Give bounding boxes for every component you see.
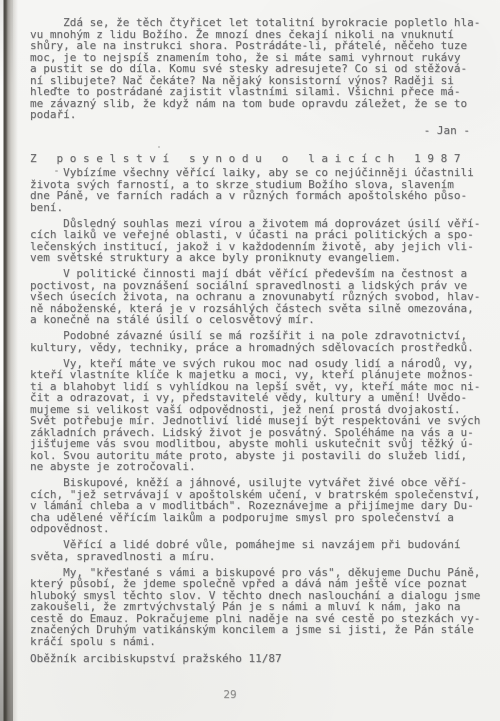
source-citation: Oběžník arcibiskupství pražského 11/87 <box>30 653 496 665</box>
section-heading: Z p o s e l s t v í s y n o d u o l a i … <box>30 153 496 165</box>
paragraph: Vy, kteří máte ve svých rukou moc nad os… <box>30 358 496 473</box>
page-number: 29 <box>0 688 460 701</box>
paragraph: My, "křesťané s vámi a biskupové pro vás… <box>30 567 496 648</box>
paragraph: Biskupové, kněží a jáhnové, usilujte vyt… <box>30 477 496 535</box>
paragraph: Zdá se, že těch čtyřicet let totalitní b… <box>30 17 496 121</box>
paragraph: Podobné závazné úsilí se má rozšířit i n… <box>30 330 496 353</box>
paragraph: V politické činnosti mají dbát věřící př… <box>30 268 496 326</box>
paragraph: Vybízíme všechny věřící laiky, aby se co… <box>30 167 496 213</box>
paragraph: Věřící a lidé dobré vůle, pomáhejme si n… <box>30 539 496 562</box>
page-binding-edge <box>0 0 20 721</box>
paragraph: Důsledný souhlas mezi vírou a životem má… <box>30 218 496 264</box>
signature: - Jan - <box>30 125 496 137</box>
typewritten-page: Zdá se, že těch čtyřicet let totalitní b… <box>30 17 496 665</box>
